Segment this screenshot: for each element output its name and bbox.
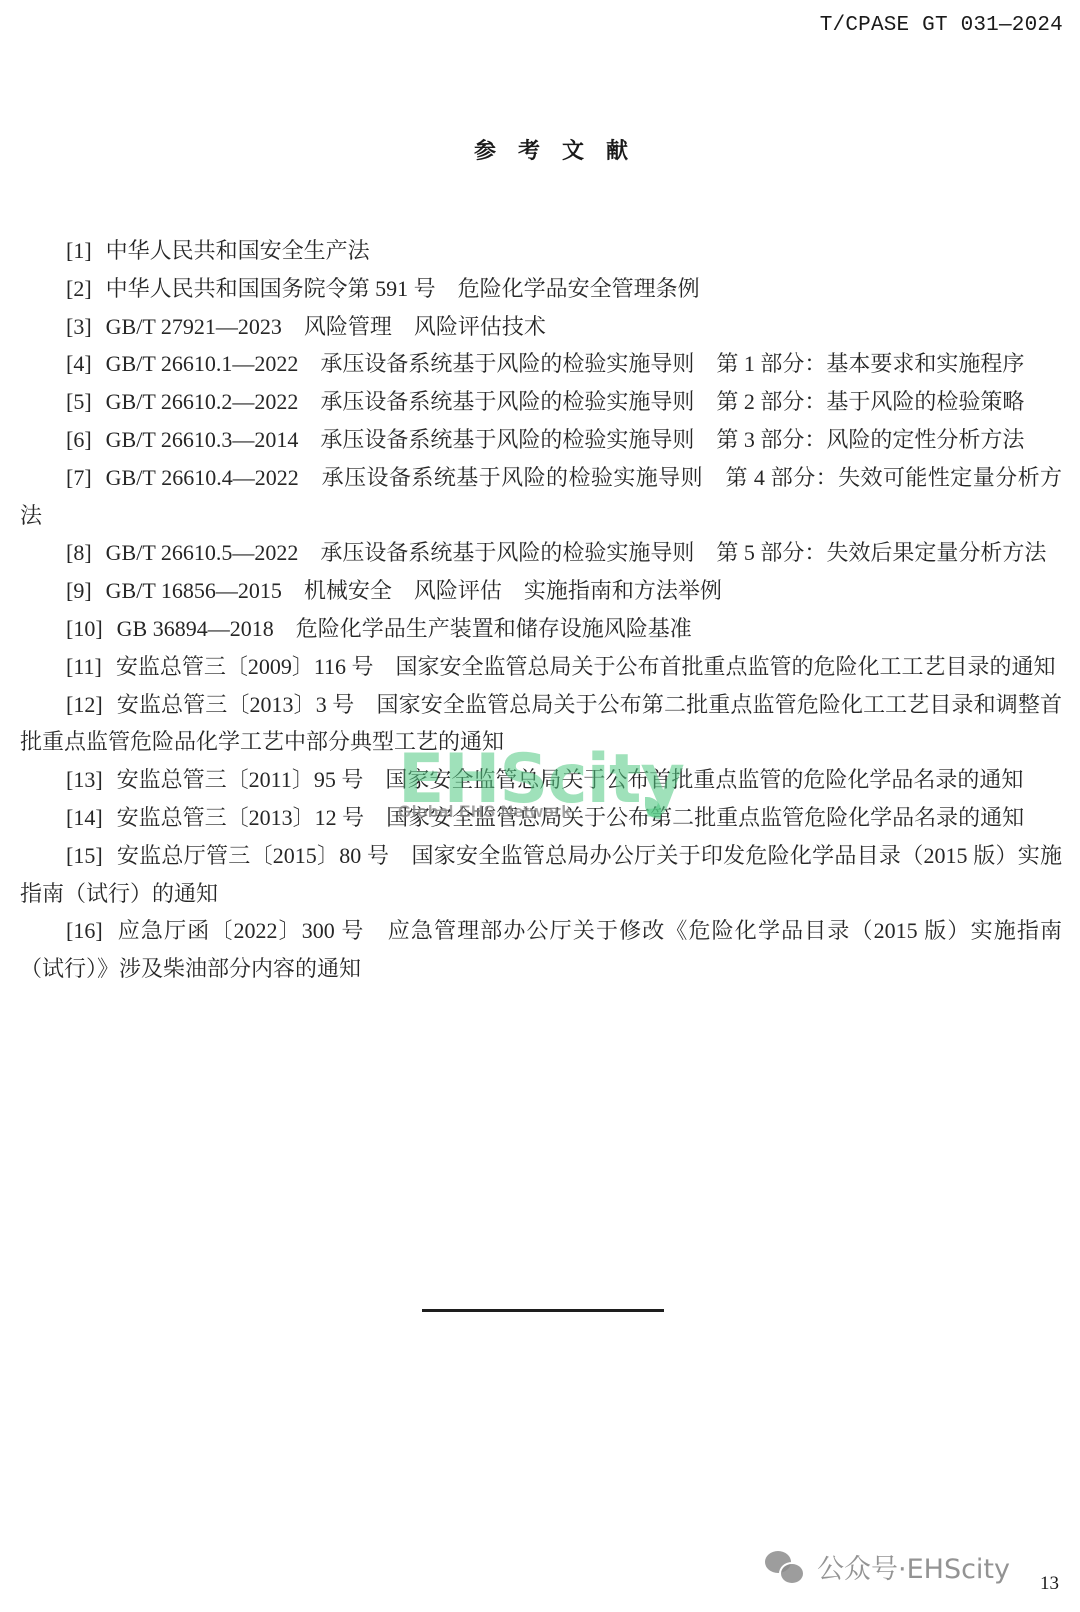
wechat-icon xyxy=(765,1551,803,1583)
reference-item: [5]GB/T 26610.2—2022 承压设备系统基于风险的检验实施导则 第… xyxy=(20,383,1062,421)
reference-text: 安监总管三〔2013〕12 号 国家安全监管总局关于公布第二批重点监管危险化学品… xyxy=(117,805,1025,830)
reference-text: GB/T 27921—2023 风险管理 风险评估技术 xyxy=(106,314,546,339)
reference-item: [10]GB 36894—2018 危险化学品生产装置和储存设施风险基准 xyxy=(20,610,1062,648)
reference-text: GB/T 26610.4—2022 承压设备系统基于风险的检验实施导则 第 4 … xyxy=(20,465,1062,528)
reference-item: [9]GB/T 16856—2015 机械安全 风险评估 实施指南和方法举例 xyxy=(20,572,1062,610)
reference-number: [3] xyxy=(66,314,92,339)
reference-number: [12] xyxy=(66,692,103,717)
reference-text: 安监总管三〔2009〕116 号 国家安全监管总局关于公布首批重点监管的危险化工… xyxy=(116,654,1056,679)
reference-text: GB/T 26610.2—2022 承压设备系统基于风险的检验实施导则 第 2 … xyxy=(106,389,1025,414)
wechat-account-text: 公众号·EHScity xyxy=(817,1547,1010,1586)
reference-number: [9] xyxy=(66,578,92,603)
reference-number: [6] xyxy=(66,427,92,452)
reference-item: [12]安监总管三〔2013〕3 号 国家安全监管总局关于公布第二批重点监管危险… xyxy=(20,686,1062,762)
reference-text: GB/T 16856—2015 机械安全 风险评估 实施指南和方法举例 xyxy=(106,578,722,603)
reference-text: GB/T 26610.1—2022 承压设备系统基于风险的检验实施导则 第 1 … xyxy=(106,351,1025,376)
reference-number: [7] xyxy=(66,465,92,490)
reference-item: [11]安监总管三〔2009〕116 号 国家安全监管总局关于公布首批重点监管的… xyxy=(20,648,1062,686)
reference-text: 安监总管三〔2011〕95 号 国家安全监管总局关于公布首批重点监管的危险化学品… xyxy=(117,767,1024,792)
reference-number: [4] xyxy=(66,351,92,376)
reference-text: GB 36894—2018 危险化学品生产装置和储存设施风险基准 xyxy=(117,616,692,641)
reference-number: [1] xyxy=(66,238,92,263)
reference-text: GB/T 26610.5—2022 承压设备系统基于风险的检验实施导则 第 5 … xyxy=(106,540,1047,565)
reference-item: [14]安监总管三〔2013〕12 号 国家安全监管总局关于公布第二批重点监管危… xyxy=(20,799,1062,837)
reference-item: [3]GB/T 27921—2023 风险管理 风险评估技术 xyxy=(20,308,1062,346)
wechat-account-watermark: 公众号·EHScity xyxy=(765,1547,1010,1586)
reference-number: [13] xyxy=(66,767,103,792)
reference-item: [8]GB/T 26610.5—2022 承压设备系统基于风险的检验实施导则 第… xyxy=(20,534,1062,572)
reference-text: 安监总厅管三〔2015〕80 号 国家安全监管总局办公厅关于印发危险化学品目录（… xyxy=(20,843,1062,906)
reference-number: [5] xyxy=(66,389,92,414)
reference-number: [11] xyxy=(66,654,102,679)
reference-text: 中华人民共和国国务院令第 591 号 危险化学品安全管理条例 xyxy=(106,276,700,301)
reference-number: [16] xyxy=(66,918,103,943)
reference-text: 中华人民共和国安全生产法 xyxy=(106,238,370,263)
reference-number: [8] xyxy=(66,540,92,565)
reference-item: [13]安监总管三〔2011〕95 号 国家安全监管总局关于公布首批重点监管的危… xyxy=(20,761,1062,799)
reference-list: [1]中华人民共和国安全生产法 [2]中华人民共和国国务院令第 591 号 危险… xyxy=(20,232,1062,988)
reference-item: [4]GB/T 26610.1—2022 承压设备系统基于风险的检验实施导则 第… xyxy=(20,345,1062,383)
reference-number: [14] xyxy=(66,805,103,830)
reference-number: [10] xyxy=(66,616,103,641)
page-number: 13 xyxy=(1040,1573,1059,1595)
reference-item: [15]安监总厅管三〔2015〕80 号 国家安全监管总局办公厅关于印发危险化学… xyxy=(20,837,1062,913)
reference-item: [2]中华人民共和国国务院令第 591 号 危险化学品安全管理条例 xyxy=(20,270,1062,308)
reference-number: [2] xyxy=(66,276,92,301)
reference-text: 安监总管三〔2013〕3 号 国家安全监管总局关于公布第二批重点监管危险化工工艺… xyxy=(20,692,1062,755)
reference-item: [1]中华人民共和国安全生产法 xyxy=(20,232,1062,270)
reference-item: [16]应急厅函〔2022〕300 号 应急管理部办公厅关于修改《危险化学品目录… xyxy=(20,912,1062,988)
reference-number: [15] xyxy=(66,843,103,868)
reference-item: [7]GB/T 26610.4—2022 承压设备系统基于风险的检验实施导则 第… xyxy=(20,459,1062,535)
reference-text: GB/T 26610.3—2014 承压设备系统基于风险的检验实施导则 第 3 … xyxy=(106,427,1025,452)
page-title: 参考文献 xyxy=(0,134,1080,165)
end-divider xyxy=(422,1309,664,1312)
standard-code: T/CPASE GT 031—2024 xyxy=(820,14,1063,37)
reference-item: [6]GB/T 26610.3—2014 承压设备系统基于风险的检验实施导则 第… xyxy=(20,421,1062,459)
reference-text: 应急厅函〔2022〕300 号 应急管理部办公厅关于修改《危险化学品目录（201… xyxy=(20,918,1062,981)
